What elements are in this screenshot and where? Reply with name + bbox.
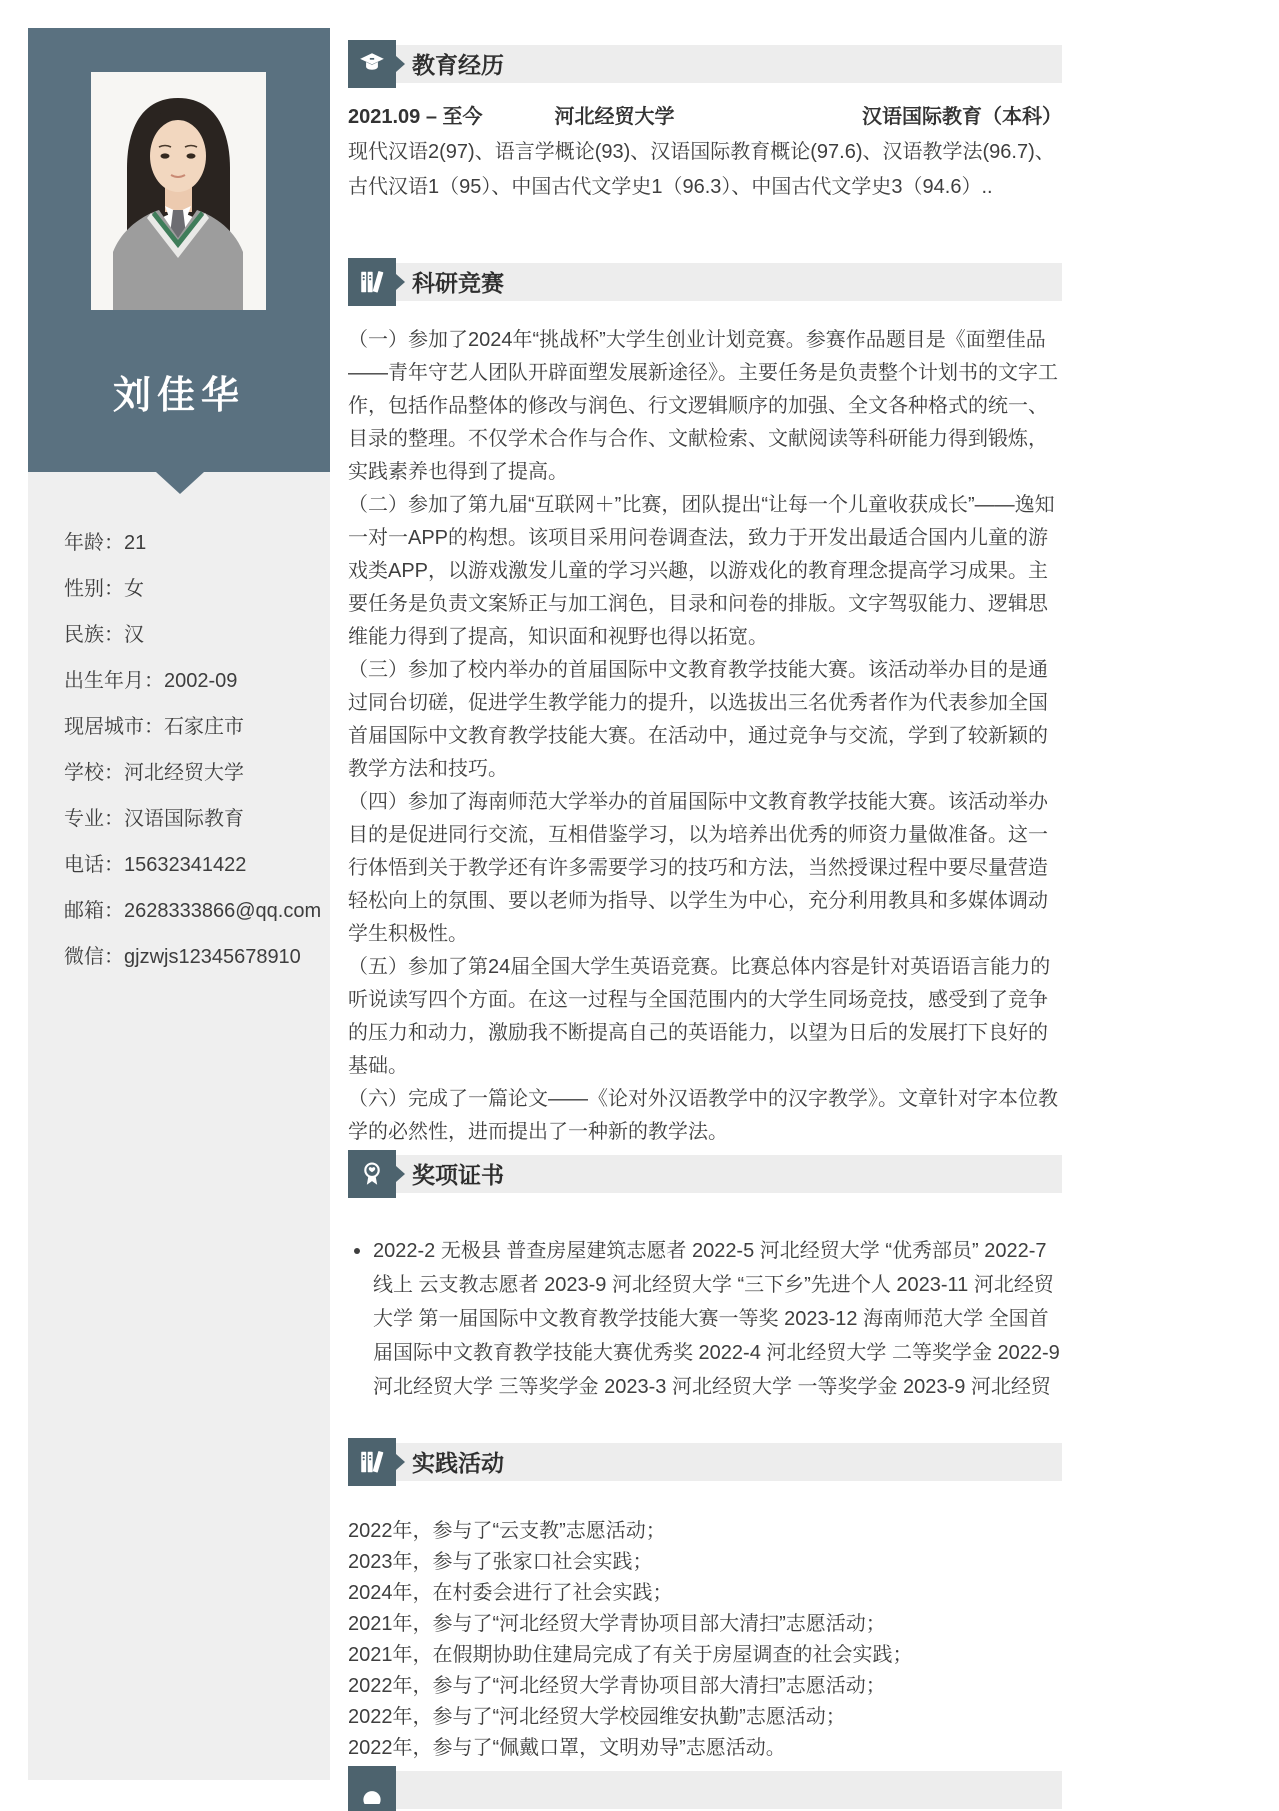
info-label: 邮箱 xyxy=(64,900,104,922)
info-row: 邮箱：2628333866@qq.com xyxy=(64,888,324,934)
section-title-research: 科研竞赛 xyxy=(412,265,504,298)
info-separator: ： xyxy=(104,854,124,876)
info-value: 河北经贸大学 xyxy=(124,762,244,784)
practice-item: 2022年，参与了“云支教”志愿活动； xyxy=(348,1516,1062,1547)
sidebar-notch-triangle xyxy=(156,472,204,494)
practice-item: 2022年，参与了“河北经贸大学青协项目部大清扫”志愿活动； xyxy=(348,1671,1062,1702)
awards-text: 2022-2 无极县 普查房屋建筑志愿者 2022-5 河北经贸大学 “优秀部员… xyxy=(373,1240,1060,1409)
books-icon xyxy=(348,1438,396,1486)
info-separator: ： xyxy=(104,578,124,600)
info-row: 出生年月：2002-09 xyxy=(64,658,324,704)
medal-icon xyxy=(348,1150,396,1198)
section-header-pointer xyxy=(396,1454,405,1470)
info-separator: ： xyxy=(104,808,124,830)
info-label: 专业 xyxy=(64,808,104,830)
section-header-research: 科研竞赛 xyxy=(348,258,1062,306)
practice-item: 2022年，参与了“佩戴口罩，文明劝导”志愿活动。 xyxy=(348,1733,1062,1764)
info-value: gjzwjs12345678910 xyxy=(124,946,301,968)
info-row: 专业：汉语国际教育 xyxy=(64,796,324,842)
practice-item: 2021年，参与了“河北经贸大学青协项目部大清扫”志愿活动； xyxy=(348,1609,1062,1640)
section-header-pointer xyxy=(396,56,405,72)
info-value: 石家庄市 xyxy=(164,716,244,738)
section-header-partial xyxy=(348,1766,1062,1811)
section-header-pointer xyxy=(396,1166,405,1182)
candidate-name: 刘佳华 xyxy=(28,364,330,419)
section-header-awards: 奖项证书 xyxy=(348,1150,1062,1198)
info-row: 电话：15632341422 xyxy=(64,842,324,888)
info-separator: ： xyxy=(144,716,164,738)
education-entry: 2021.09 – 至今 河北经贸大学 汉语国际教育（本科） xyxy=(348,100,1062,129)
profile-photo xyxy=(91,72,266,310)
research-paragraphs: （一）参加了2024年“挑战杯”大学生创业计划竞赛。参赛作品题目是《面塑佳品——… xyxy=(348,324,1062,1142)
research-paragraph: （三）参加了校内举办的首届国际中文教育教学技能大赛。该活动举办目的是通过同台切磋… xyxy=(348,654,1062,786)
info-label: 民族 xyxy=(64,624,104,646)
section-title-practice: 实践活动 xyxy=(412,1445,504,1478)
awards-list-item: 2022-2 无极县 普查房屋建筑志愿者 2022-5 河北经贸大学 “优秀部员… xyxy=(348,1234,1062,1409)
info-separator: ： xyxy=(104,624,124,646)
info-label: 现居城市 xyxy=(64,716,144,738)
sidebar-header-panel: 刘佳华 xyxy=(28,28,330,472)
info-label: 电话 xyxy=(64,854,104,876)
section-practice: 实践活动 2022年，参与了“云支教”志愿活动； 2023年，参与了张家口社会实… xyxy=(348,1438,1062,1768)
practice-item: 2021年，在假期协助住建局完成了有关于房屋调查的社会实践； xyxy=(348,1640,1062,1671)
practice-list: 2022年，参与了“云支教”志愿活动； 2023年，参与了张家口社会实践； 20… xyxy=(348,1516,1062,1768)
info-row: 性别：女 xyxy=(64,566,324,612)
education-school: 河北经贸大学 xyxy=(555,100,675,129)
info-row: 学校：河北经贸大学 xyxy=(64,750,324,796)
info-row: 现居城市：石家庄市 xyxy=(64,704,324,750)
education-major: 汉语国际教育（本科） xyxy=(862,100,1062,129)
bullet-dot xyxy=(354,1248,360,1254)
info-value: 女 xyxy=(124,578,144,600)
info-label: 微信 xyxy=(64,946,104,968)
info-value: 15632341422 xyxy=(124,854,246,876)
education-period: 2021.09 – 至今 xyxy=(348,100,483,129)
info-separator: ： xyxy=(104,946,124,968)
section-header-education: 教育经历 xyxy=(348,40,1062,88)
graduation-cap-icon xyxy=(348,40,396,88)
info-label: 年龄 xyxy=(64,532,104,554)
info-label: 出生年月 xyxy=(64,670,144,692)
info-separator: ： xyxy=(144,670,164,692)
info-separator: ： xyxy=(104,900,124,922)
info-label: 性别 xyxy=(64,578,104,600)
education-courses: 现代汉语2(97)、语言学概论(93)、汉语国际教育概论(97.6)、汉语教学法… xyxy=(348,135,1062,245)
section-awards: 奖项证书 2022-2 无极县 普查房屋建筑志愿者 2022-5 河北经贸大学 … xyxy=(348,1150,1062,1409)
research-paragraph: （四）参加了海南师范大学举办的首届国际中文教育教学技能大赛。该活动举办目的是促进… xyxy=(348,786,1062,951)
section-education: 教育经历 2021.09 – 至今 河北经贸大学 汉语国际教育（本科） 现代汉语… xyxy=(348,40,1062,245)
info-label: 学校 xyxy=(64,762,104,784)
research-paragraph: （二）参加了第九届“互联网＋”比赛，团队提出“让每一个儿童收获成长”——逸知一对… xyxy=(348,489,1062,654)
partial-section-icon xyxy=(348,1766,396,1811)
portrait-illustration xyxy=(91,72,266,310)
info-value: 2002-09 xyxy=(164,670,237,692)
section-title-education: 教育经历 xyxy=(412,47,504,80)
info-separator: ： xyxy=(104,762,124,784)
section-title-awards: 奖项证书 xyxy=(412,1157,504,1190)
research-paragraph: （五）参加了第24届全国大学生英语竞赛。比赛总体内容是针对英语语言能力的听说读写… xyxy=(348,951,1062,1083)
info-value: 汉语国际教育 xyxy=(124,808,244,830)
section-research: 科研竞赛 （一）参加了2024年“挑战杯”大学生创业计划竞赛。参赛作品题目是《面… xyxy=(348,258,1062,1142)
section-header-practice: 实践活动 xyxy=(348,1438,1062,1486)
info-row: 民族：汉 xyxy=(64,612,324,658)
books-icon xyxy=(348,258,396,306)
section-header-bar xyxy=(350,1771,1062,1809)
practice-item: 2022年，参与了“河北经贸大学校园维安执勤”志愿活动； xyxy=(348,1702,1062,1733)
info-value: 21 xyxy=(124,532,146,554)
practice-item: 2023年，参与了张家口社会实践； xyxy=(348,1547,1062,1578)
practice-item: 2024年，在村委会进行了社会实践； xyxy=(348,1578,1062,1609)
research-paragraph: （一）参加了2024年“挑战杯”大学生创业计划竞赛。参赛作品题目是《面塑佳品——… xyxy=(348,324,1062,489)
section-header-pointer xyxy=(396,274,405,290)
info-row: 微信：gjzwjs12345678910 xyxy=(64,934,324,980)
info-value: 汉 xyxy=(124,624,144,646)
info-separator: ： xyxy=(104,532,124,554)
resume-page: 刘佳华 年龄：21 性别：女 民族：汉 出生年月：2002-09 现居城市：石家… xyxy=(0,0,1279,1811)
main-column: 教育经历 2021.09 – 至今 河北经贸大学 汉语国际教育（本科） 现代汉语… xyxy=(348,0,1062,1811)
info-value: 2628333866@qq.com xyxy=(124,900,321,922)
research-paragraph: （六）完成了一篇论文——《论对外汉语教学中的汉字教学》。文章针对字本位教学的必然… xyxy=(348,1083,1062,1142)
personal-info-list: 年龄：21 性别：女 民族：汉 出生年月：2002-09 现居城市：石家庄市 学… xyxy=(64,520,324,980)
info-row: 年龄：21 xyxy=(64,520,324,566)
